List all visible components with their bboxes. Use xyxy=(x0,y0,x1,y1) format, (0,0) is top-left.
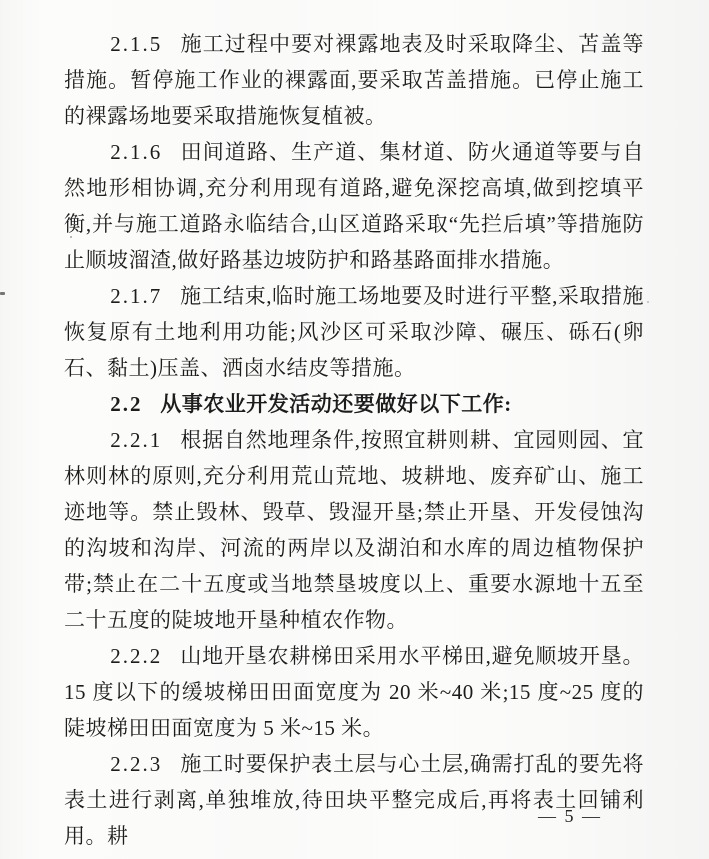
section-number-2-1-6: 2.1.6 xyxy=(110,140,162,164)
document-text-block: 2.1.5施工过程中要对裸露地表及时采取降尘、苫盖等措施。暂停施工作业的裸露面,… xyxy=(64,26,644,854)
scan-speck xyxy=(0,292,5,295)
paragraph-2-2-2: 2.2.2山地开垦农耕梯田采用水平梯田,避免顺坡开垦。15 度以下的缓坡梯田田面… xyxy=(64,638,644,746)
paragraph-2-2-1: 2.2.1根据自然地理条件,按照宜耕则耕、宜园则园、宜林则林的原则,充分利用荒山… xyxy=(64,422,644,638)
section-number-2-2-1: 2.2.1 xyxy=(110,428,162,452)
section-number-2-2: 2.2 xyxy=(110,392,142,416)
section-text-2-2: 从事农业开发活动还要做好以下工作: xyxy=(160,392,512,416)
scan-speck xyxy=(647,301,649,303)
paragraph-2-1-7: 2.1.7施工结束,临时施工场地要及时进行平整,采取措施恢复原有土地利用功能;风… xyxy=(64,278,644,386)
section-number-2-1-7: 2.1.7 xyxy=(110,284,162,308)
page-number: — 5 — xyxy=(64,806,644,827)
paragraph-2-2-3: 2.2.3施工时要保护表土层与心土层,确需打乱的要先将表土进行剥离,单独堆放,待… xyxy=(64,746,644,854)
section-text-2-2-1: 根据自然地理条件,按照宜耕则耕、宜园则园、宜林则林的原则,充分利用荒山荒地、坡耕… xyxy=(64,428,644,632)
paragraph-2-1-6: 2.1.6田间道路、生产道、集材道、防火通道等要与自然地形相协调,充分利用现有道… xyxy=(64,134,644,278)
section-number-2-2-3: 2.2.3 xyxy=(110,752,162,776)
section-number-2-1-5: 2.1.5 xyxy=(110,32,162,56)
paragraph-2-1-5: 2.1.5施工过程中要对裸露地表及时采取降尘、苫盖等措施。暂停施工作业的裸露面,… xyxy=(64,26,644,134)
scanned-document-page: { "document": { "background_color": "#fc… xyxy=(0,0,709,859)
section-number-2-2-2: 2.2.2 xyxy=(110,644,162,668)
heading-2-2: 2.2从事农业开发活动还要做好以下工作: xyxy=(64,386,644,422)
scan-speck xyxy=(70,236,72,238)
